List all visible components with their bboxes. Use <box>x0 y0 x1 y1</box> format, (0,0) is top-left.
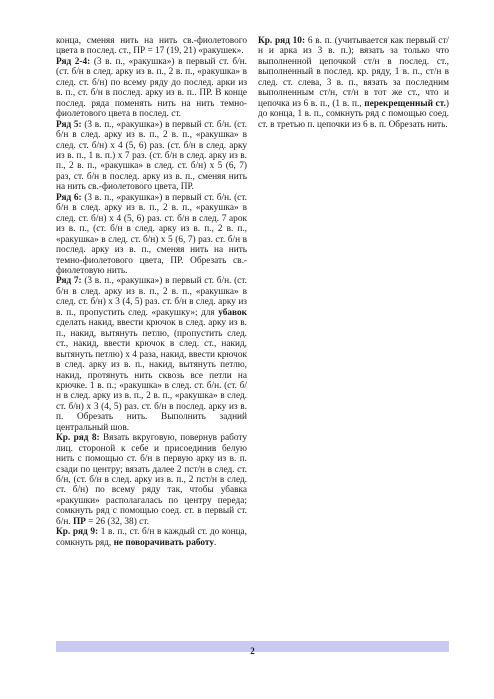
pattern-paragraph: Ряд 7: (3 в. п., «ракушка») в первый ст.… <box>56 276 247 433</box>
pattern-text-block: конца, сменяя нить на нить св.-фиолетово… <box>56 36 448 548</box>
page-number: 2 <box>250 646 255 657</box>
pattern-paragraph: Кр. ряд 9: 1 в. п., ст. б/н в каждый ст.… <box>56 527 247 548</box>
document-page: конца, сменяя нить на нить св.-фиолетово… <box>0 0 494 699</box>
pattern-paragraph: Ряд 6: (3 в. п., «ракушка») в первый ст.… <box>56 193 247 277</box>
pattern-paragraph: Ряд 5: (3 в. п., «ракушка») в первый ст.… <box>56 120 247 193</box>
pattern-paragraph: Кр. ряд 10: 6 в. п. (учитывается как пер… <box>258 36 449 130</box>
pattern-paragraph: Ряд 2-4: (3 в. п., «ракушка») в первый с… <box>56 57 247 120</box>
left-column: конца, сменяя нить на нить св.-фиолетово… <box>56 36 247 548</box>
footer-bar: 2 <box>56 641 449 652</box>
right-column: Кр. ряд 10: 6 в. п. (учитывается как пер… <box>258 36 449 548</box>
pattern-paragraph: Кр. ряд 8: Вязать вкруговую, повернув ра… <box>56 433 247 527</box>
pattern-paragraph: конца, сменяя нить на нить св.-фиолетово… <box>56 36 247 57</box>
